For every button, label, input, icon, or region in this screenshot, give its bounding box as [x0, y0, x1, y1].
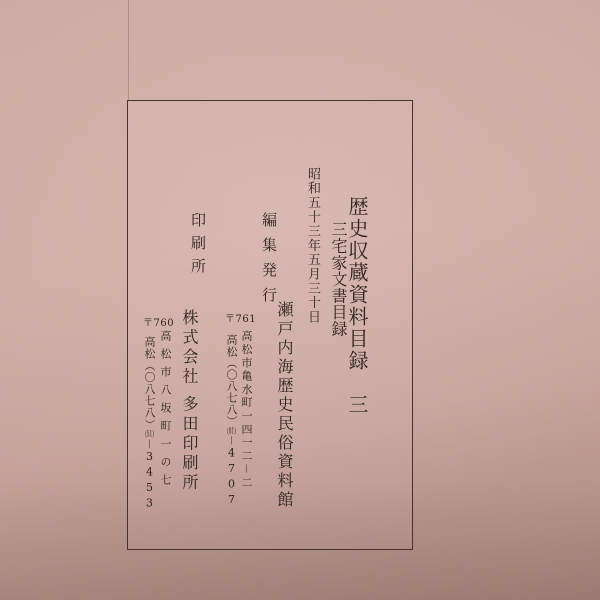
paper-crease-line: [128, 0, 129, 100]
printer-phone-separator: －: [143, 438, 156, 450]
publisher-postal-code: 〒761: [225, 310, 256, 325]
printer-address: 高松市八坂町一の七: [160, 330, 171, 492]
publisher-address: 高松市亀水町一四一二－二: [241, 330, 252, 490]
publisher-phone: 高松（〇八七八）(81)－4707: [226, 334, 237, 508]
publication-date: 昭和五十三年五月三十日: [306, 167, 319, 324]
publisher-name: 瀬戸内海歴史民俗資料館: [276, 301, 292, 510]
printer-role-label: 印刷所: [190, 212, 205, 281]
publisher-phone-number: 4707: [225, 446, 238, 508]
publisher-phone-city: 高松（〇八七八）: [225, 334, 238, 427]
printer-name: 株式会社 多田印刷所: [181, 309, 197, 493]
publisher-phone-separator: －: [225, 435, 238, 447]
printer-postal-code: 〒760: [143, 314, 174, 329]
printer-phone-city: 高松（〇八七八）: [143, 336, 156, 430]
printer-phone-number: 3453: [143, 450, 156, 512]
book-colophon-page: 歴史収蔵資料目録 三 三宅家文書目録 昭和五十三年五月三十日 編集発行 瀬戸内海…: [0, 0, 600, 600]
series-title: 歴史収蔵資料目録 三: [347, 196, 367, 416]
publisher-phone-exchange: (81): [227, 427, 236, 435]
volume-title: 三宅家文書目録: [330, 221, 346, 337]
printer-phone: 高松（〇八七八）(51)－3453: [144, 336, 155, 512]
publisher-role-label: 編集発行: [261, 212, 276, 312]
